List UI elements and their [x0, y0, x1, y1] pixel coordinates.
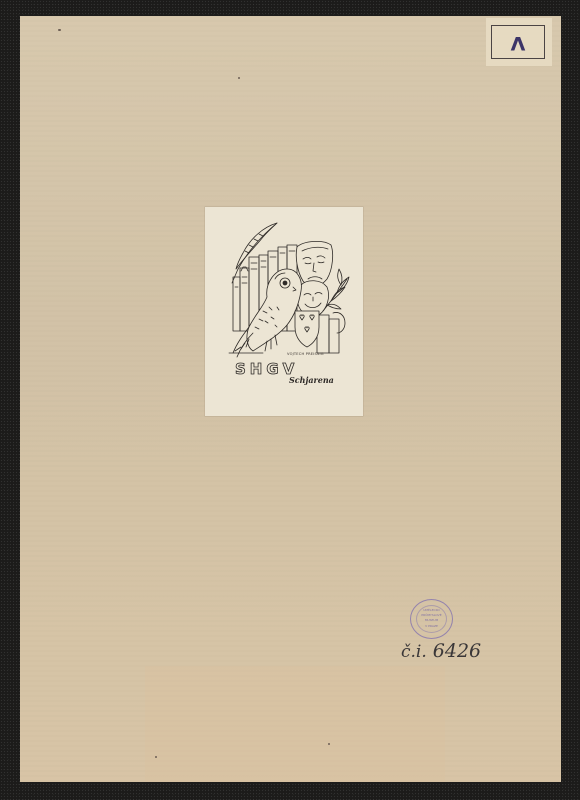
museum-stamp: UMĚLECKO PRŮMYSLOVÉ MUSEUM V PRAZE	[410, 599, 453, 639]
heraldic-shield-icon	[295, 311, 319, 347]
corner-label-box: V	[491, 25, 545, 59]
book-stack-right-icon	[317, 312, 345, 353]
tragedy-mask-icon	[296, 241, 332, 286]
paper-speck	[328, 743, 330, 745]
inventory-number: č.i.6426	[401, 640, 481, 662]
inventory-prefix: č.i.	[401, 642, 427, 662]
corner-label-mark: V	[511, 33, 526, 52]
bookplate-card: VOJTECH PREISSIG SHGV Schjarena	[205, 207, 363, 416]
paper-stain	[145, 666, 445, 782]
stamp-text-line-3: MUSEUM	[411, 618, 452, 622]
artist-signature: VOJTECH PREISSIG	[287, 352, 324, 356]
bookplate-illustration	[205, 207, 363, 416]
stamp-text-line-2: PRŮMYSLOVÉ	[411, 613, 452, 617]
quill-feather-icon	[232, 223, 277, 283]
bookplate-owner-name: Schjarena	[289, 375, 334, 385]
stamp-text-line-4: V PRAZE	[411, 624, 452, 628]
stamp-text-line-1: UMĚLECKO	[411, 608, 452, 612]
inventory-value: 6426	[433, 640, 481, 662]
paper-speck	[238, 77, 240, 79]
paper-speck	[58, 29, 61, 31]
paper-speck	[155, 756, 157, 758]
